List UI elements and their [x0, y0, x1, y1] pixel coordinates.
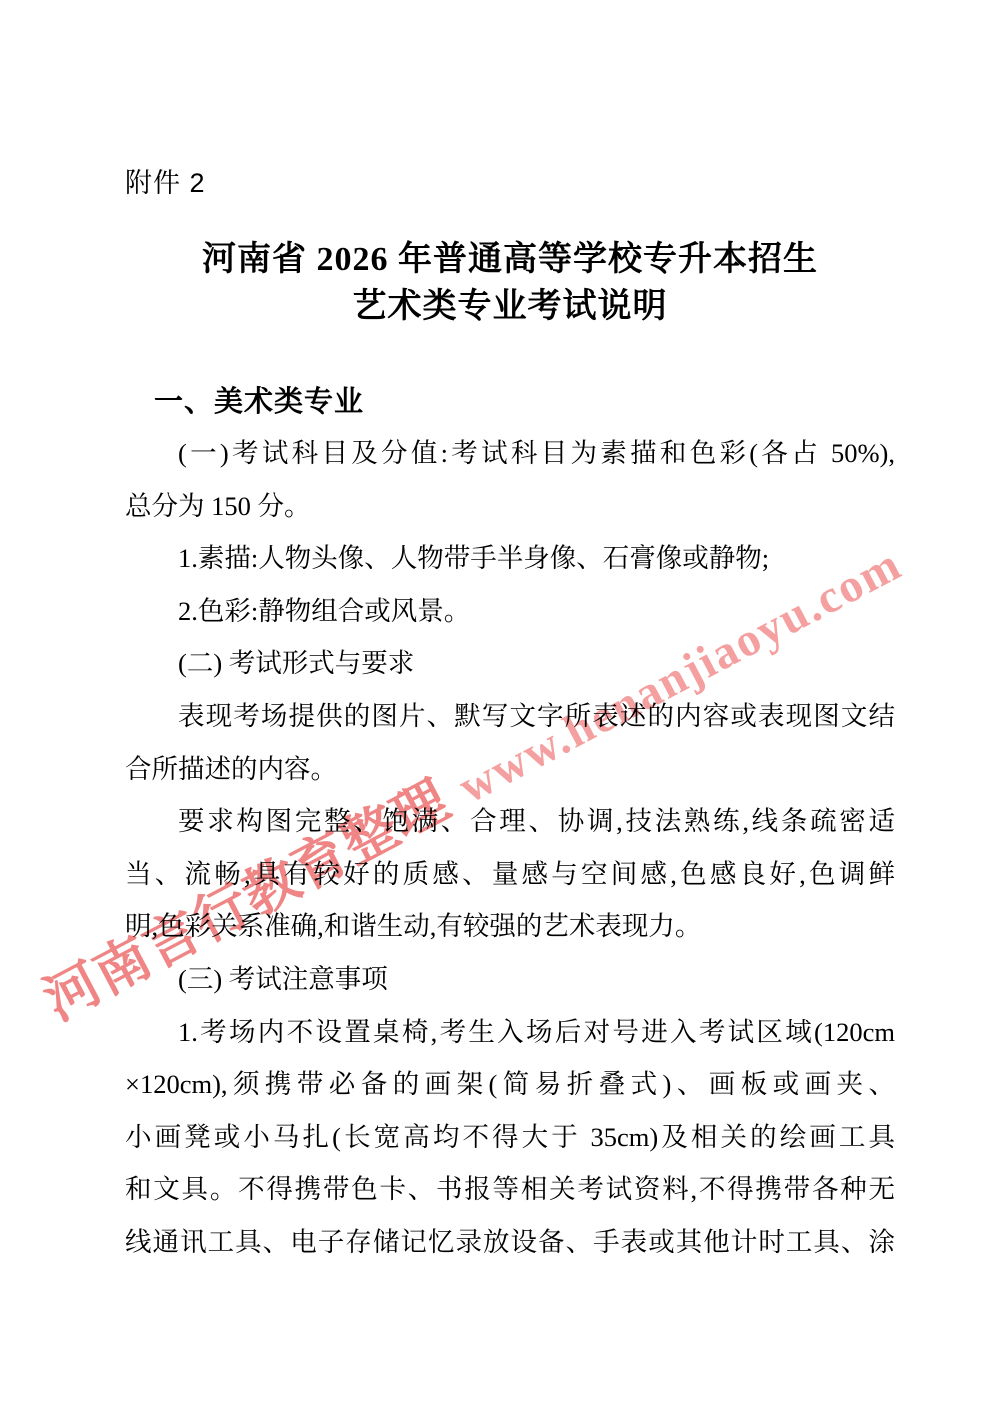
body-line: (三) 考试注意事项 [125, 953, 895, 1006]
section-heading: 一、美术类专业 [125, 387, 895, 418]
body-line: 1.考场内不设置桌椅,考生入场后对号进入考试区域(120cm [125, 1006, 895, 1059]
paragraph: (二) 考试形式与要求 [125, 637, 895, 690]
body-line: 和文具。不得携带色卡、书报等相关考试资料,不得携带各种无 [125, 1163, 895, 1216]
body-line: 1.素描:人物头像、人物带手半身像、石膏像或静物; [125, 532, 895, 585]
document-title: 河南省 2026 年普通高等学校专升本招生 艺术类专业考试说明 [125, 236, 895, 330]
body-line: 明,色彩关系准确,和谐生动,有较强的艺术表现力。 [125, 900, 895, 953]
paragraph: 2.色彩:静物组合或风景。 [125, 585, 895, 638]
body-line: (一)考试科目及分值:考试科目为素描和色彩(各占 50%), [125, 427, 895, 480]
attachment-label: 附件 2 [125, 168, 895, 198]
paragraph: (三) 考试注意事项 [125, 953, 895, 1006]
document-content: 附件 2 河南省 2026 年普通高等学校专升本招生 艺术类专业考试说明 一、美… [125, 0, 895, 1269]
body-line: (二) 考试形式与要求 [125, 637, 895, 690]
paragraph: 1.素描:人物头像、人物带手半身像、石膏像或静物; [125, 532, 895, 585]
body-line: ×120cm),须携带必备的画架(简易折叠式)、画板或画夹、 [125, 1058, 895, 1111]
paragraph: 表现考场提供的图片、默写文字所表述的内容或表现图文结合所描述的内容。 [125, 690, 895, 795]
body-line: 总分为 150 分。 [125, 480, 895, 533]
document-page: 河南言行教育整理www.henanjiaoyu.com 附件 2 河南省 202… [0, 0, 1000, 1414]
paragraph: (一)考试科目及分值:考试科目为素描和色彩(各占 50%),总分为 150 分。 [125, 427, 895, 532]
body-line: 当、流畅,具有较好的质感、量感与空间感,色感良好,色调鲜 [125, 848, 895, 901]
body-text: (一)考试科目及分值:考试科目为素描和色彩(各占 50%),总分为 150 分。… [125, 427, 895, 1269]
paragraph: 要求构图完整、饱满、合理、协调,技法熟练,线条疏密适当、流畅,具有较好的质感、量… [125, 795, 895, 953]
paragraph: 1.考场内不设置桌椅,考生入场后对号进入考试区域(120cm×120cm),须携… [125, 1006, 895, 1269]
document-title-line2: 艺术类专业考试说明 [125, 283, 895, 330]
body-line: 2.色彩:静物组合或风景。 [125, 585, 895, 638]
body-line: 合所描述的内容。 [125, 743, 895, 796]
body-line: 小画凳或小马扎(长宽高均不得大于 35cm)及相关的绘画工具 [125, 1111, 895, 1164]
body-line: 要求构图完整、饱满、合理、协调,技法熟练,线条疏密适 [125, 795, 895, 848]
document-title-line1: 河南省 2026 年普通高等学校专升本招生 [125, 236, 895, 283]
body-line: 表现考场提供的图片、默写文字所表述的内容或表现图文结 [125, 690, 895, 743]
body-line: 线通讯工具、电子存储记忆录放设备、手表或其他计时工具、涂 [125, 1216, 895, 1269]
